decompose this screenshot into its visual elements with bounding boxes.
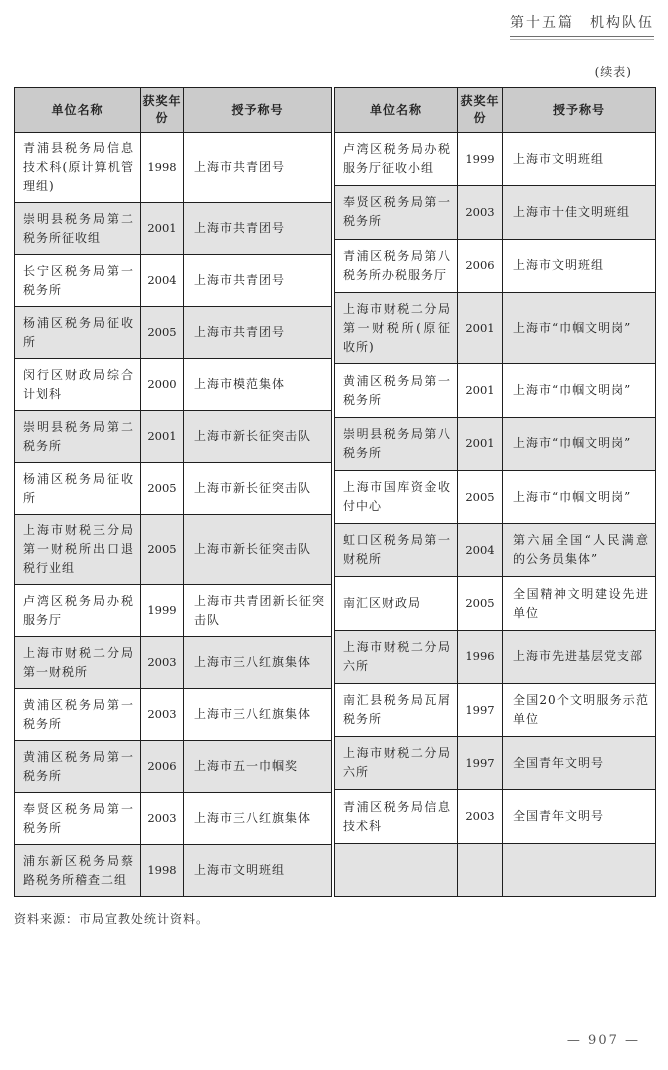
award-year-cell: 2004 — [458, 524, 503, 577]
award-year-cell: 2005 — [458, 470, 503, 523]
award-year-cell: 2005 — [458, 577, 503, 630]
award-title-cell: 全国精神文明建设先进单位 — [503, 577, 656, 630]
table-row: 黄浦区税务局第一税务所 2006 上海市五一巾帼奖 — [15, 741, 332, 793]
page-number: — 907 — — [567, 1033, 640, 1048]
award-year-cell: 1998 — [141, 133, 184, 203]
table-row: 杨浦区税务局征收所 2005 上海市新长征突击队 — [15, 463, 332, 515]
unit-name-cell: 上海市财税二分局六所 — [335, 630, 458, 683]
table-row: 上海市财税三分局第一财税所出口退税行业组 2005 上海市新长征突击队 — [15, 515, 332, 585]
table-row: 上海市财税二分局六所 1997 全国青年文明号 — [335, 737, 656, 790]
unit-name-cell: 奉贤区税务局第一税务所 — [335, 186, 458, 239]
continued-label: (续表) — [0, 63, 632, 80]
unit-name-cell: 黄浦区税务局第一税务所 — [335, 364, 458, 417]
table-row: 上海市财税二分局第一财税所 2003 上海市三八红旗集体 — [15, 637, 332, 689]
unit-name-cell: 黄浦区税务局第一税务所 — [15, 741, 141, 793]
award-title-cell: 上海市“巾帼文明岗” — [503, 417, 656, 470]
column-header-title: 授予称号 — [503, 88, 656, 133]
column-header-unit: 单位名称 — [335, 88, 458, 133]
award-year-cell: 2005 — [141, 307, 184, 359]
award-year-cell: 2003 — [141, 689, 184, 741]
unit-name-cell: 青浦区税务局信息技术科 — [335, 790, 458, 843]
unit-name-cell: 虹口区税务局第一财税所 — [335, 524, 458, 577]
award-title-cell: 上海市新长征突击队 — [184, 515, 332, 585]
award-year-cell: 2003 — [458, 186, 503, 239]
source-note: 资料来源：市局宣教处统计资料。 — [14, 910, 668, 927]
table-row: 卢湾区税务局办税服务厅征收小组 1999 上海市文明班组 — [335, 133, 656, 186]
awards-table-right-header: 单位名称 获奖年份 授予称号 — [335, 88, 656, 133]
unit-name-cell: 上海市国库资金收付中心 — [335, 470, 458, 523]
award-year-cell: 2001 — [141, 203, 184, 255]
award-year-cell: 2004 — [141, 255, 184, 307]
table-row: 奉贤区税务局第一税务所 2003 上海市十佳文明班组 — [335, 186, 656, 239]
award-year-cell: 1998 — [141, 845, 184, 897]
unit-name-cell: 青浦区税务局第八税务所办税服务厅 — [335, 239, 458, 292]
award-title-cell: 上海市三八红旗集体 — [184, 637, 332, 689]
award-year-cell: 1997 — [458, 683, 503, 736]
unit-name-cell: 长宁区税务局第一税务所 — [15, 255, 141, 307]
award-year-cell: 2001 — [458, 364, 503, 417]
awards-table-right-body: 卢湾区税务局办税服务厅征收小组 1999 上海市文明班组 奉贤区税务局第一税务所… — [335, 133, 656, 897]
awards-table-left-body: 青浦县税务局信息技术科(原计算机管理组) 1998 上海市共青团号 崇明县税务局… — [15, 133, 332, 897]
table-row: 崇明县税务局第二税务所征收组 2001 上海市共青团号 — [15, 203, 332, 255]
unit-name-cell: 崇明县税务局第二税务所 — [15, 411, 141, 463]
award-year-cell: 1997 — [458, 737, 503, 790]
unit-name-cell: 卢湾区税务局办税服务厅 — [15, 585, 141, 637]
award-title-cell: 上海市共青团新长征突击队 — [184, 585, 332, 637]
award-title-cell: 上海市“巾帼文明岗” — [503, 364, 656, 417]
award-year-cell: 2003 — [141, 793, 184, 845]
award-title-cell: 上海市文明班组 — [503, 239, 656, 292]
running-head-text: 第十五篇 机构队伍 — [510, 12, 654, 37]
award-year-cell: 2000 — [141, 359, 184, 411]
table-row: 浦东新区税务局蔡路税务所稽查二组 1998 上海市文明班组 — [15, 845, 332, 897]
award-year-cell: 2006 — [458, 239, 503, 292]
award-title-cell: 上海市共青团号 — [184, 255, 332, 307]
unit-name-cell: 崇明县税务局第二税务所征收组 — [15, 203, 141, 255]
award-title-cell: 上海市三八红旗集体 — [184, 793, 332, 845]
table-row: 杨浦区税务局征收所 2005 上海市共青团号 — [15, 307, 332, 359]
award-title-cell: 上海市“巾帼文明岗” — [503, 292, 656, 364]
award-title-cell: 上海市先进基层党支部 — [503, 630, 656, 683]
unit-name-cell: 闵行区财政局综合计划科 — [15, 359, 141, 411]
award-title-cell — [503, 843, 656, 896]
award-year-cell: 2003 — [458, 790, 503, 843]
award-title-cell: 上海市三八红旗集体 — [184, 689, 332, 741]
awards-table-wrap: 单位名称 获奖年份 授予称号 青浦县税务局信息技术科(原计算机管理组) 1998… — [14, 87, 654, 897]
awards-table-left: 单位名称 获奖年份 授予称号 青浦县税务局信息技术科(原计算机管理组) 1998… — [14, 87, 332, 897]
award-year-cell: 2001 — [458, 292, 503, 364]
unit-name-cell: 杨浦区税务局征收所 — [15, 307, 141, 359]
table-row: 上海市财税二分局六所 1996 上海市先进基层党支部 — [335, 630, 656, 683]
award-year-cell: 2005 — [141, 515, 184, 585]
award-year-cell: 2001 — [141, 411, 184, 463]
table-row: 长宁区税务局第一税务所 2004 上海市共青团号 — [15, 255, 332, 307]
table-row — [335, 843, 656, 896]
unit-name-cell: 上海市财税三分局第一财税所出口退税行业组 — [15, 515, 141, 585]
unit-name-cell: 南汇县税务局瓦屑税务所 — [335, 683, 458, 736]
table-row: 青浦县税务局信息技术科(原计算机管理组) 1998 上海市共青团号 — [15, 133, 332, 203]
unit-name-cell: 崇明县税务局第八税务所 — [335, 417, 458, 470]
unit-name-cell: 青浦县税务局信息技术科(原计算机管理组) — [15, 133, 141, 203]
table-row: 虹口区税务局第一财税所 2004 第六届全国“人民满意的公务员集体” — [335, 524, 656, 577]
table-row: 崇明县税务局第二税务所 2001 上海市新长征突击队 — [15, 411, 332, 463]
table-row: 南汇区财政局 2005 全国精神文明建设先进单位 — [335, 577, 656, 630]
table-row: 南汇县税务局瓦屑税务所 1997 全国20个文明服务示范单位 — [335, 683, 656, 736]
award-title-cell: 全国青年文明号 — [503, 737, 656, 790]
award-title-cell: 上海市“巾帼文明岗” — [503, 470, 656, 523]
table-row: 闵行区财政局综合计划科 2000 上海市模范集体 — [15, 359, 332, 411]
column-header-title: 授予称号 — [184, 88, 332, 133]
award-title-cell: 上海市共青团号 — [184, 307, 332, 359]
table-row: 上海市国库资金收付中心 2005 上海市“巾帼文明岗” — [335, 470, 656, 523]
award-title-cell: 上海市文明班组 — [184, 845, 332, 897]
column-header-unit: 单位名称 — [15, 88, 141, 133]
award-title-cell: 上海市十佳文明班组 — [503, 186, 656, 239]
award-title-cell: 上海市新长征突击队 — [184, 411, 332, 463]
awards-table-right: 单位名称 获奖年份 授予称号 卢湾区税务局办税服务厅征收小组 1999 上海市文… — [334, 87, 656, 897]
unit-name-cell: 上海市财税二分局第一财税所(原征收所) — [335, 292, 458, 364]
awards-table-left-header: 单位名称 获奖年份 授予称号 — [15, 88, 332, 133]
table-row: 黄浦区税务局第一税务所 2003 上海市三八红旗集体 — [15, 689, 332, 741]
award-year-cell: 2006 — [141, 741, 184, 793]
award-title-cell: 全国青年文明号 — [503, 790, 656, 843]
award-year-cell: 2003 — [141, 637, 184, 689]
award-title-cell: 上海市新长征突击队 — [184, 463, 332, 515]
table-row: 青浦区税务局第八税务所办税服务厅 2006 上海市文明班组 — [335, 239, 656, 292]
award-title-cell: 第六届全国“人民满意的公务员集体” — [503, 524, 656, 577]
award-title-cell: 上海市模范集体 — [184, 359, 332, 411]
award-year-cell — [458, 843, 503, 896]
unit-name-cell: 浦东新区税务局蔡路税务所稽查二组 — [15, 845, 141, 897]
table-row: 上海市财税二分局第一财税所(原征收所) 2001 上海市“巾帼文明岗” — [335, 292, 656, 364]
table-row: 黄浦区税务局第一税务所 2001 上海市“巾帼文明岗” — [335, 364, 656, 417]
award-year-cell: 1999 — [458, 133, 503, 186]
column-header-year: 获奖年份 — [141, 88, 184, 133]
unit-name-cell: 南汇区财政局 — [335, 577, 458, 630]
award-year-cell: 1996 — [458, 630, 503, 683]
award-title-cell: 上海市文明班组 — [503, 133, 656, 186]
unit-name-cell: 奉贤区税务局第一税务所 — [15, 793, 141, 845]
unit-name-cell — [335, 843, 458, 896]
unit-name-cell: 杨浦区税务局征收所 — [15, 463, 141, 515]
unit-name-cell: 上海市财税二分局第一财税所 — [15, 637, 141, 689]
unit-name-cell: 黄浦区税务局第一税务所 — [15, 689, 141, 741]
running-head: 第十五篇 机构队伍 — [0, 0, 668, 37]
award-year-cell: 2001 — [458, 417, 503, 470]
table-row: 青浦区税务局信息技术科 2003 全国青年文明号 — [335, 790, 656, 843]
award-year-cell: 2005 — [141, 463, 184, 515]
unit-name-cell: 卢湾区税务局办税服务厅征收小组 — [335, 133, 458, 186]
award-title-cell: 上海市五一巾帼奖 — [184, 741, 332, 793]
award-title-cell: 上海市共青团号 — [184, 133, 332, 203]
award-title-cell: 全国20个文明服务示范单位 — [503, 683, 656, 736]
unit-name-cell: 上海市财税二分局六所 — [335, 737, 458, 790]
table-row: 崇明县税务局第八税务所 2001 上海市“巾帼文明岗” — [335, 417, 656, 470]
table-row: 奉贤区税务局第一税务所 2003 上海市三八红旗集体 — [15, 793, 332, 845]
award-year-cell: 1999 — [141, 585, 184, 637]
column-header-year: 获奖年份 — [458, 88, 503, 133]
award-title-cell: 上海市共青团号 — [184, 203, 332, 255]
table-row: 卢湾区税务局办税服务厅 1999 上海市共青团新长征突击队 — [15, 585, 332, 637]
